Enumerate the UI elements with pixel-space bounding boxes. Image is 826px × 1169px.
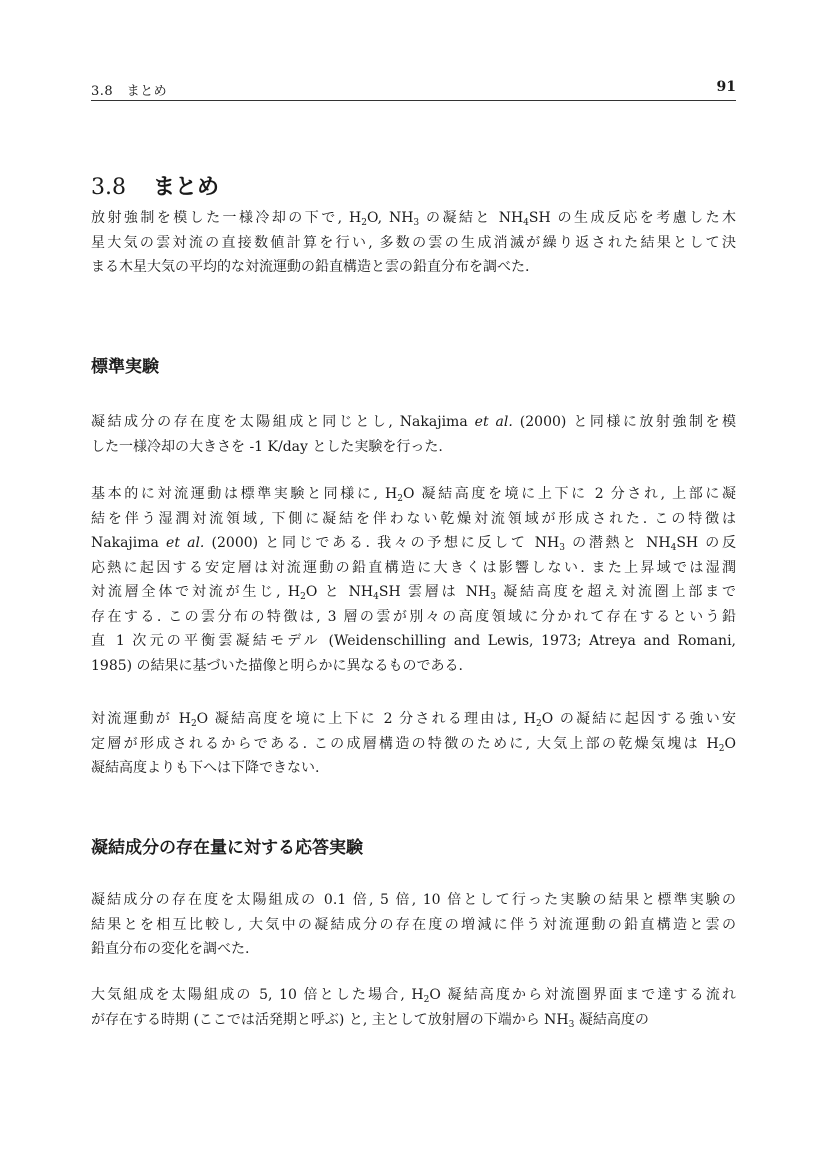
text-line: 存在する. この雲分布の特徴は, 3 層の雲が別々の高度領域に分かれて存在すると…	[91, 605, 736, 630]
text-line: 結を伴う湿潤対流領域, 下側に凝結を伴わない乾燥対流領域が形成された. この特徴…	[91, 507, 736, 532]
text-line: 対流運動が H2O 凝結高度を境に上下に 2 分される理由は, H2O の凝結に…	[91, 707, 736, 732]
text-line: 放射強制を模した一様冷却の下で, H2O, NH3 の凝結と NH4SH の生成…	[91, 206, 736, 231]
text-line: が存在する時期 (ここでは活発期と呼ぶ) と, 主として放射層の下端から NH3…	[91, 1008, 736, 1033]
paragraph-standard-setup: 凝結成分の存在度を太陽組成と同じとし, Nakajima et al. (200…	[91, 410, 736, 459]
paragraph-response-setup: 凝結成分の存在度を太陽組成の 0.1 倍, 5 倍, 10 倍として行った実験の…	[91, 888, 736, 962]
section-number: 3.8	[91, 175, 126, 200]
text-line: 応熱に起因する安定層は対流運動の鉛直構造に大きくは影響しない. また上昇域では湿…	[91, 556, 736, 581]
text-line: 対流層全体で対流が生じ, H2O と NH4SH 雲層は NH3 凝結高度を超え…	[91, 580, 736, 605]
text-line: 結果とを相互比較し, 大気中の凝結成分の存在度の増減に伴う対流運動の鉛直構造と雲…	[91, 913, 736, 938]
text-line: 凝結成分の存在度を太陽組成と同じとし, Nakajima et al. (200…	[91, 410, 736, 435]
text-line: 凝結成分の存在度を太陽組成の 0.1 倍, 5 倍, 10 倍として行った実験の…	[91, 888, 736, 913]
text-line: 凝結高度よりも下へは下降できない.	[91, 756, 736, 781]
text-line: Nakajima et al. (2000) と同じである. 我々の予想に反して…	[91, 531, 736, 556]
text-line: 鉛直分布の変化を調べた.	[91, 937, 736, 962]
text-line: した一様冷却の大きさを -1 K/day とした実験を行った.	[91, 435, 736, 460]
paragraph-intro: 放射強制を模した一様冷却の下で, H2O, NH3 の凝結と NH4SH の生成…	[91, 206, 736, 280]
section-heading: まとめ	[153, 175, 219, 200]
running-head-section: 3.8 まとめ	[91, 80, 167, 99]
page-number: 91	[717, 79, 736, 95]
section-title: 3.8 まとめ	[91, 170, 219, 201]
text-line: 大気組成を太陽組成の 5, 10 倍とした場合, H2O 凝結高度から対流圏界面…	[91, 983, 736, 1008]
subheading-standard-experiment: 標準実験	[91, 352, 159, 377]
text-line: 1985) の結果に基づいた描像と明らかに異なるものである.	[91, 654, 736, 679]
running-head: 3.8 まとめ 91	[91, 80, 736, 101]
paragraph-standard-result: 基本的に対流運動は標準実験と同様に, H2O 凝結高度を境に上下に 2 分され,…	[91, 482, 736, 678]
text-line: 定層が形成されるからである. この成層構造の特徴のために, 大気上部の乾燥気塊は…	[91, 732, 736, 757]
text-line: まる木星大気の平均的な対流運動の鉛直構造と雲の鉛直分布を調べた.	[91, 255, 736, 280]
paragraph-response-result: 大気組成を太陽組成の 5, 10 倍とした場合, H2O 凝結高度から対流圏界面…	[91, 983, 736, 1032]
subheading-response-experiment: 凝結成分の存在量に対する応答実験	[91, 833, 363, 858]
text-line: 直 1 次元の平衡雲凝結モデル (Weidenschilling and Lew…	[91, 629, 736, 654]
text-line: 基本的に対流運動は標準実験と同様に, H2O 凝結高度を境に上下に 2 分され,…	[91, 482, 736, 507]
paragraph-standard-reason: 対流運動が H2O 凝結高度を境に上下に 2 分される理由は, H2O の凝結に…	[91, 707, 736, 781]
text-line: 星大気の雲対流の直接数値計算を行い, 多数の雲の生成消滅が繰り返された結果として…	[91, 231, 736, 256]
